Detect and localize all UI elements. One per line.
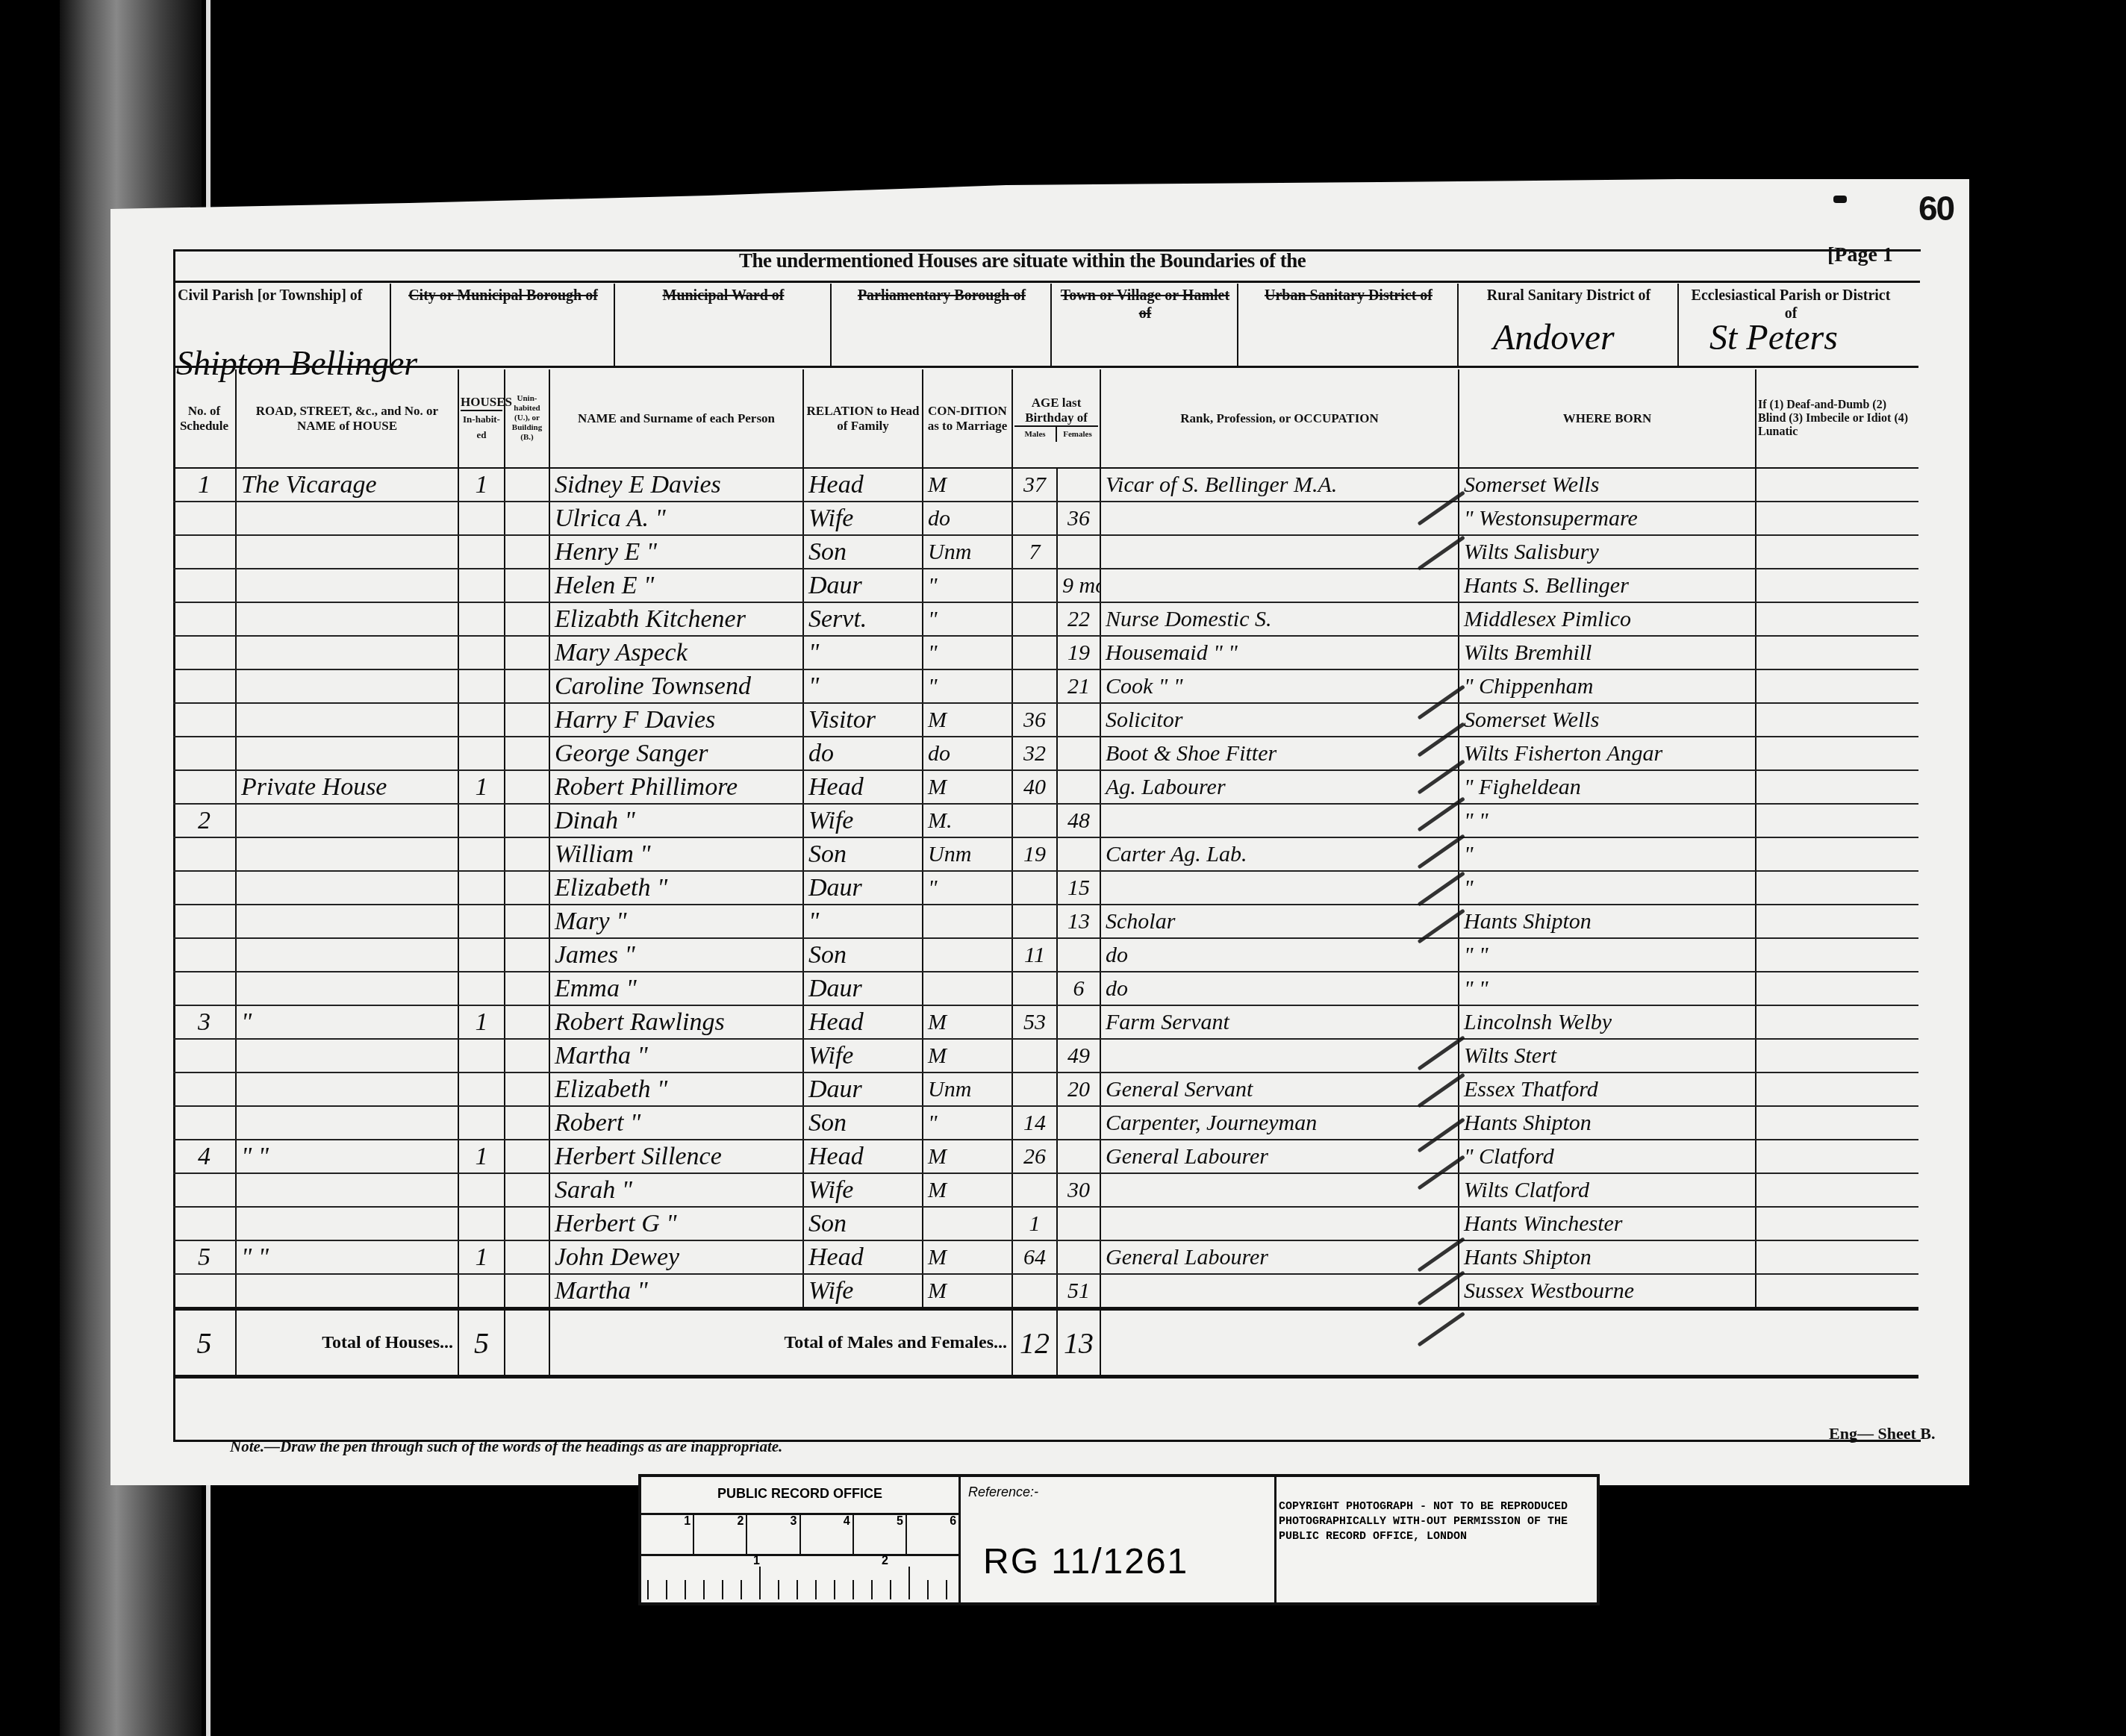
occupation: [1100, 535, 1459, 569]
relation-to-head: Head: [803, 468, 923, 502]
marital-condition: ": [923, 871, 1012, 905]
road-or-house: ": [236, 1005, 458, 1039]
uninhabited-count: [505, 502, 549, 535]
infirmity: [1756, 569, 1918, 602]
schedule-number: [173, 938, 236, 972]
inhabited-count: 1: [458, 1240, 505, 1274]
infirmity: [1756, 905, 1918, 938]
infirmity: [1756, 703, 1918, 737]
male-age: [1012, 905, 1057, 938]
birthplace: ": [1459, 837, 1756, 871]
infirmity: [1756, 1207, 1918, 1240]
person-name: George Sanger: [549, 737, 803, 770]
person-name: John Dewey: [549, 1240, 803, 1274]
marital-condition: M: [923, 1005, 1012, 1039]
infirmity: [1756, 1274, 1918, 1309]
infirmity: [1756, 972, 1918, 1005]
infirmity: [1756, 669, 1918, 703]
inhabited-count: [458, 972, 505, 1005]
female-age: 36: [1057, 502, 1100, 535]
relation-to-head: Visitor: [803, 703, 923, 737]
male-age: 53: [1012, 1005, 1057, 1039]
person-name: Emma ": [549, 972, 803, 1005]
male-age: 26: [1012, 1140, 1057, 1173]
relation-to-head: Son: [803, 837, 923, 871]
relation-to-head: Son: [803, 1207, 923, 1240]
col-occupation: Rank, Profession, or OCCUPATION: [1100, 369, 1459, 468]
marital-condition: M: [923, 1173, 1012, 1207]
male-age: 64: [1012, 1240, 1057, 1274]
scale-tick: [703, 1580, 705, 1599]
occupation: Carter Ag. Lab.: [1100, 837, 1459, 871]
male-age: 11: [1012, 938, 1057, 972]
person-name: Caroline Townsend: [549, 669, 803, 703]
inhabited-count: [458, 905, 505, 938]
male-age: [1012, 1173, 1057, 1207]
female-age: 49: [1057, 1039, 1100, 1072]
census-row: Caroline Townsend""21Cook " "" Chippenha…: [173, 669, 1918, 703]
scale-tick: [946, 1580, 947, 1599]
occupation: [1100, 1173, 1459, 1207]
public-record-office-label: PUBLIC RECORD OFFICE 1 2 3 4 5 6 1 2 Ref…: [638, 1474, 1600, 1605]
female-age: [1057, 1140, 1100, 1173]
col-infirmity: If (1) Deaf-and-Dumb (2) Blind (3) Imbec…: [1756, 369, 1918, 468]
census-row: Elizabeth "Daur"15": [173, 871, 1918, 905]
birthplace: ": [1459, 871, 1756, 905]
scale-tick: [815, 1580, 817, 1599]
relation-to-head: Wife: [803, 1173, 923, 1207]
marital-condition: [923, 972, 1012, 1005]
boundary-urban-sanitary: Urban Sanitary District of: [1237, 284, 1459, 366]
schedule-number: [173, 535, 236, 569]
birthplace: Wilts Bremhill: [1459, 636, 1756, 669]
road-or-house: The Vicarage: [236, 468, 458, 502]
scale-tick: [927, 1580, 929, 1599]
relation-to-head: Son: [803, 938, 923, 972]
ecclesiastical-parish-value: St Peters: [1709, 317, 1838, 358]
marital-condition: ": [923, 569, 1012, 602]
boundary-municipal-ward: Municipal Ward of: [614, 284, 832, 366]
uninhabited-count: [505, 468, 549, 502]
birthplace: Hants Shipton: [1459, 1240, 1756, 1274]
male-age: 1: [1012, 1207, 1057, 1240]
person-name: Henry E ": [549, 535, 803, 569]
marital-condition: Unm: [923, 1072, 1012, 1106]
uninhabited-count: [505, 535, 549, 569]
census-row: Mary ""13ScholarHants Shipton: [173, 905, 1918, 938]
person-name: Elizabeth ": [549, 871, 803, 905]
birthplace: Essex Thatford: [1459, 1072, 1756, 1106]
census-row: 2Dinah "WifeM.48" ": [173, 804, 1918, 837]
marital-condition: M: [923, 1274, 1012, 1309]
census-row: George Sangerdodo32Boot & Shoe FitterWil…: [173, 737, 1918, 770]
pro-reference-panel: Reference:- RG 11/1261: [961, 1477, 1276, 1602]
census-row: William "SonUnm19Carter Ag. Lab.": [173, 837, 1918, 871]
marital-condition: Unm: [923, 535, 1012, 569]
occupation: [1100, 1039, 1459, 1072]
female-age: [1057, 1207, 1100, 1240]
inhabited-count: [458, 535, 505, 569]
female-age: 15: [1057, 871, 1100, 905]
census-row: Henry E "SonUnm7Wilts Salisbury: [173, 535, 1918, 569]
infirmity: [1756, 1005, 1918, 1039]
person-name: Robert ": [549, 1106, 803, 1140]
inhabited-count: [458, 1173, 505, 1207]
schedule-number: [173, 1173, 236, 1207]
scale-tick: [871, 1580, 873, 1599]
inhabited-count: [458, 669, 505, 703]
road-or-house: [236, 669, 458, 703]
totals-row: 5 Total of Houses... 5 Total of Males an…: [173, 1309, 1918, 1377]
relation-to-head: Head: [803, 1140, 923, 1173]
relation-to-head: Daur: [803, 972, 923, 1005]
occupation: Boot & Shoe Fitter: [1100, 737, 1459, 770]
infirmity: [1756, 737, 1918, 770]
marital-condition: M: [923, 1039, 1012, 1072]
occupation: [1100, 569, 1459, 602]
scale-tick: [741, 1580, 742, 1599]
schedule-number: 1: [173, 468, 236, 502]
sheet-label: Eng— Sheet B.: [1829, 1424, 1935, 1443]
relation-to-head: ": [803, 636, 923, 669]
female-age: [1057, 737, 1100, 770]
birthplace: Somerset Wells: [1459, 703, 1756, 737]
male-age: 19: [1012, 837, 1057, 871]
scale-tick: [797, 1580, 798, 1599]
census-row: 1The Vicarage1Sidney E DaviesHeadM37Vica…: [173, 468, 1918, 502]
uninhabited-count: [505, 804, 549, 837]
col-name: NAME and Surname of each Person: [549, 369, 803, 468]
inhabited-count: [458, 1072, 505, 1106]
ink-mark: [1833, 196, 1847, 203]
infirmity: [1756, 938, 1918, 972]
inhabited-count: [458, 737, 505, 770]
census-row: 5" "1John DeweyHeadM64General LabourerHa…: [173, 1240, 1918, 1274]
col-relation: RELATION to Head of Family: [803, 369, 923, 468]
road-or-house: Private House: [236, 770, 458, 804]
male-age: [1012, 804, 1057, 837]
person-name: Mary ": [549, 905, 803, 938]
relation-to-head: Daur: [803, 1072, 923, 1106]
copyright-notice: COPYRIGHT PHOTOGRAPH - NOT TO BE REPRODU…: [1279, 1499, 1592, 1544]
person-name: Dinah ": [549, 804, 803, 837]
road-or-house: [236, 972, 458, 1005]
col-age: AGE last Birthday of MalesFemales: [1012, 369, 1100, 468]
birthplace: " ": [1459, 804, 1756, 837]
col-where-born: WHERE BORN: [1459, 369, 1756, 468]
occupation: General Labourer: [1100, 1140, 1459, 1173]
marital-condition: do: [923, 502, 1012, 535]
census-row: Ulrica A. "Wifedo36" Westonsupermare: [173, 502, 1918, 535]
marital-condition: M: [923, 468, 1012, 502]
male-age: 7: [1012, 535, 1057, 569]
schedule-number: [173, 1274, 236, 1309]
road-or-house: [236, 569, 458, 602]
uninhabited-count: [505, 770, 549, 804]
relation-to-head: Wife: [803, 1039, 923, 1072]
inhabited-count: [458, 938, 505, 972]
road-or-house: [236, 1173, 458, 1207]
person-name: James ": [549, 938, 803, 972]
uninhabited-count: [505, 1005, 549, 1039]
total-persons-label: Total of Males and Females...: [549, 1309, 1012, 1377]
schedule-number: [173, 602, 236, 636]
census-row: Robert "Son"14Carpenter, JourneymanHants…: [173, 1106, 1918, 1140]
relation-to-head: Wife: [803, 1274, 923, 1309]
male-age: [1012, 871, 1057, 905]
page-label: [Page 1: [1827, 243, 1893, 267]
marital-condition: ": [923, 669, 1012, 703]
road-or-house: [236, 1039, 458, 1072]
person-name: Ulrica A. ": [549, 502, 803, 535]
infirmity: [1756, 1072, 1918, 1106]
marital-condition: M.: [923, 804, 1012, 837]
scale-tick: [759, 1567, 761, 1599]
uninhabited-count: [505, 703, 549, 737]
relation-to-head: Servt.: [803, 602, 923, 636]
census-row: Emma "Daur6do" ": [173, 972, 1918, 1005]
male-age: 40: [1012, 770, 1057, 804]
occupation: Carpenter, Journeyman: [1100, 1106, 1459, 1140]
road-or-house: [236, 535, 458, 569]
inhabited-count: 1: [458, 770, 505, 804]
cm-scale: 1 2 3 4 5 6: [641, 1513, 958, 1556]
inhabited-count: [458, 703, 505, 737]
birthplace: Hants Winchester: [1459, 1207, 1756, 1240]
relation-to-head: do: [803, 737, 923, 770]
schedule-number: [173, 972, 236, 1005]
infirmity: [1756, 1140, 1918, 1173]
birthplace: " Westonsupermare: [1459, 502, 1756, 535]
occupation: Nurse Domestic S.: [1100, 602, 1459, 636]
road-or-house: [236, 905, 458, 938]
birthplace: " Chippenham: [1459, 669, 1756, 703]
pro-title: PUBLIC RECORD OFFICE: [641, 1486, 958, 1502]
marital-condition: do: [923, 737, 1012, 770]
schedule-number: [173, 1106, 236, 1140]
infirmity: [1756, 1106, 1918, 1140]
inhabited-count: [458, 636, 505, 669]
marital-condition: ": [923, 636, 1012, 669]
total-females: 13: [1064, 1326, 1094, 1360]
scale-tick: [647, 1580, 649, 1599]
inhabited-count: 1: [458, 1140, 505, 1173]
person-name: Harry F Davies: [549, 703, 803, 737]
relation-to-head: Head: [803, 1005, 923, 1039]
occupation: do: [1100, 972, 1459, 1005]
marital-condition: M: [923, 770, 1012, 804]
boundary-parliamentary-borough: Parliamentary Borough of: [830, 284, 1052, 366]
scale-tick: [778, 1580, 779, 1599]
census-row: Herbert G "Son1Hants Winchester: [173, 1207, 1918, 1240]
birthplace: Hants S. Bellinger: [1459, 569, 1756, 602]
road-or-house: [236, 1274, 458, 1309]
col-houses: HOUSES: [461, 395, 502, 411]
scale-tick: [834, 1580, 835, 1599]
schedule-number: [173, 703, 236, 737]
male-age: 32: [1012, 737, 1057, 770]
birthplace: " Clatford: [1459, 1140, 1756, 1173]
male-age: [1012, 602, 1057, 636]
road-or-house: [236, 737, 458, 770]
infirmity: [1756, 535, 1918, 569]
female-age: [1057, 837, 1100, 871]
female-age: 48: [1057, 804, 1100, 837]
relation-to-head: Son: [803, 535, 923, 569]
birthplace: Middlesex Pimlico: [1459, 602, 1756, 636]
person-name: William ": [549, 837, 803, 871]
road-or-house: [236, 1207, 458, 1240]
col-schedule: No. of Schedule: [173, 369, 236, 468]
inhabited-count: [458, 837, 505, 871]
male-age: 36: [1012, 703, 1057, 737]
uninhabited-count: [505, 669, 549, 703]
infirmity: [1756, 468, 1918, 502]
road-or-house: " ": [236, 1240, 458, 1274]
census-row: Helen E "Daur"9 moHants S. Bellinger: [173, 569, 1918, 602]
schedule-number: [173, 1039, 236, 1072]
infirmity: [1756, 804, 1918, 837]
female-age: 13: [1057, 905, 1100, 938]
schedule-number: [173, 669, 236, 703]
scale-tick: [722, 1580, 723, 1599]
col-condition: CON-DITION as to Marriage: [923, 369, 1012, 468]
schedule-number: 5: [173, 1240, 236, 1274]
marital-condition: ": [923, 602, 1012, 636]
male-age: [1012, 1072, 1057, 1106]
road-or-house: [236, 804, 458, 837]
female-age: 51: [1057, 1274, 1100, 1309]
infirmity: [1756, 1173, 1918, 1207]
schedule-number: [173, 737, 236, 770]
col-inhabited: HOUSESIn-habit-ed: [458, 369, 505, 468]
total-houses: 5: [474, 1326, 489, 1360]
marital-condition: M: [923, 703, 1012, 737]
uninhabited-count: [505, 972, 549, 1005]
infirmity: [1756, 871, 1918, 905]
census-row: James "Son11do" ": [173, 938, 1918, 972]
male-age: [1012, 502, 1057, 535]
schedule-number: [173, 502, 236, 535]
census-row: 3"1Robert RawlingsHeadM53Farm ServantLin…: [173, 1005, 1918, 1039]
road-or-house: [236, 703, 458, 737]
male-age: [1012, 972, 1057, 1005]
uninhabited-count: [505, 1207, 549, 1240]
uninhabited-count: [505, 1240, 549, 1274]
birthplace: Somerset Wells: [1459, 468, 1756, 502]
relation-to-head: Head: [803, 770, 923, 804]
birthplace: Lincolnsh Welby: [1459, 1005, 1756, 1039]
female-age: [1057, 1240, 1100, 1274]
female-age: [1057, 703, 1100, 737]
male-age: 37: [1012, 468, 1057, 502]
reference-value: RG 11/1261: [983, 1541, 1188, 1582]
inch-scale: 1 2: [641, 1555, 958, 1599]
female-age: 20: [1057, 1072, 1100, 1106]
male-age: [1012, 569, 1057, 602]
occupation: do: [1100, 938, 1459, 972]
female-age: 30: [1057, 1173, 1100, 1207]
census-schedule-table: No. of Schedule ROAD, STREET, &c., and N…: [173, 369, 1918, 1379]
uninhabited-count: [505, 1173, 549, 1207]
relation-to-head: Daur: [803, 871, 923, 905]
inhabited-count: [458, 602, 505, 636]
schedule-number: [173, 905, 236, 938]
road-or-house: [236, 502, 458, 535]
pro-scale-panel: PUBLIC RECORD OFFICE 1 2 3 4 5 6 1 2: [641, 1477, 961, 1602]
boundaries-banner: The undermentioned Houses are situate wi…: [739, 249, 1306, 272]
divider: [173, 281, 1920, 283]
inhabited-count: [458, 871, 505, 905]
infirmity: [1756, 1039, 1918, 1072]
relation-to-head: Wife: [803, 502, 923, 535]
person-name: Robert Phillimore: [549, 770, 803, 804]
marital-condition: [923, 905, 1012, 938]
occupation: [1100, 502, 1459, 535]
uninhabited-count: [505, 602, 549, 636]
person-name: Sidney E Davies: [549, 468, 803, 502]
census-row: Mary Aspeck""19Housemaid " "Wilts Bremhi…: [173, 636, 1918, 669]
female-age: [1057, 770, 1100, 804]
relation-to-head: ": [803, 669, 923, 703]
census-row: 4" "1Herbert SillenceHeadM26General Labo…: [173, 1140, 1918, 1173]
infirmity: [1756, 837, 1918, 871]
birthplace: Wilts Salisbury: [1459, 535, 1756, 569]
uninhabited-count: [505, 938, 549, 972]
marital-condition: M: [923, 1140, 1012, 1173]
birthplace: Sussex Westbourne: [1459, 1274, 1756, 1309]
uninhabited-count: [505, 871, 549, 905]
footnote: Note.—Draw the pen through such of the w…: [230, 1437, 782, 1456]
infirmity: [1756, 770, 1918, 804]
reference-label: Reference:-: [968, 1484, 1038, 1500]
schedule-number: 3: [173, 1005, 236, 1039]
schedule-number: 2: [173, 804, 236, 837]
folio-number: 60: [1918, 188, 1954, 228]
occupation: Scholar: [1100, 905, 1459, 938]
uninhabited-count: [505, 636, 549, 669]
occupation: General Servant: [1100, 1072, 1459, 1106]
uninhabited-count: [505, 1106, 549, 1140]
birthplace: Wilts Fisherton Angar: [1459, 737, 1756, 770]
census-row: Elizabeth "DaurUnm20General ServantEssex…: [173, 1072, 1918, 1106]
uninhabited-count: [505, 837, 549, 871]
schedule-number: [173, 871, 236, 905]
relation-to-head: ": [803, 905, 923, 938]
uninhabited-count: [505, 737, 549, 770]
person-name: Elizabth Kitchener: [549, 602, 803, 636]
marital-condition: [923, 1207, 1012, 1240]
person-name: Helen E ": [549, 569, 803, 602]
census-row: Private House1Robert PhillimoreHeadM40Ag…: [173, 770, 1918, 804]
schedule-number: [173, 1207, 236, 1240]
scale-tick: [666, 1580, 667, 1599]
schedule-number: [173, 569, 236, 602]
person-name: Sarah ": [549, 1173, 803, 1207]
census-row: Elizabth KitchenerServt."22Nurse Domesti…: [173, 602, 1918, 636]
inhabited-count: 1: [458, 468, 505, 502]
uninhabited-count: [505, 1072, 549, 1106]
person-name: Martha ": [549, 1039, 803, 1072]
birthplace: Wilts Clatford: [1459, 1173, 1756, 1207]
inhabited-count: [458, 569, 505, 602]
road-or-house: [236, 938, 458, 972]
person-name: Elizabeth ": [549, 1072, 803, 1106]
marital-condition: Unm: [923, 837, 1012, 871]
marital-condition: [923, 938, 1012, 972]
male-age: [1012, 669, 1057, 703]
birthplace: Hants Shipton: [1459, 1106, 1756, 1140]
